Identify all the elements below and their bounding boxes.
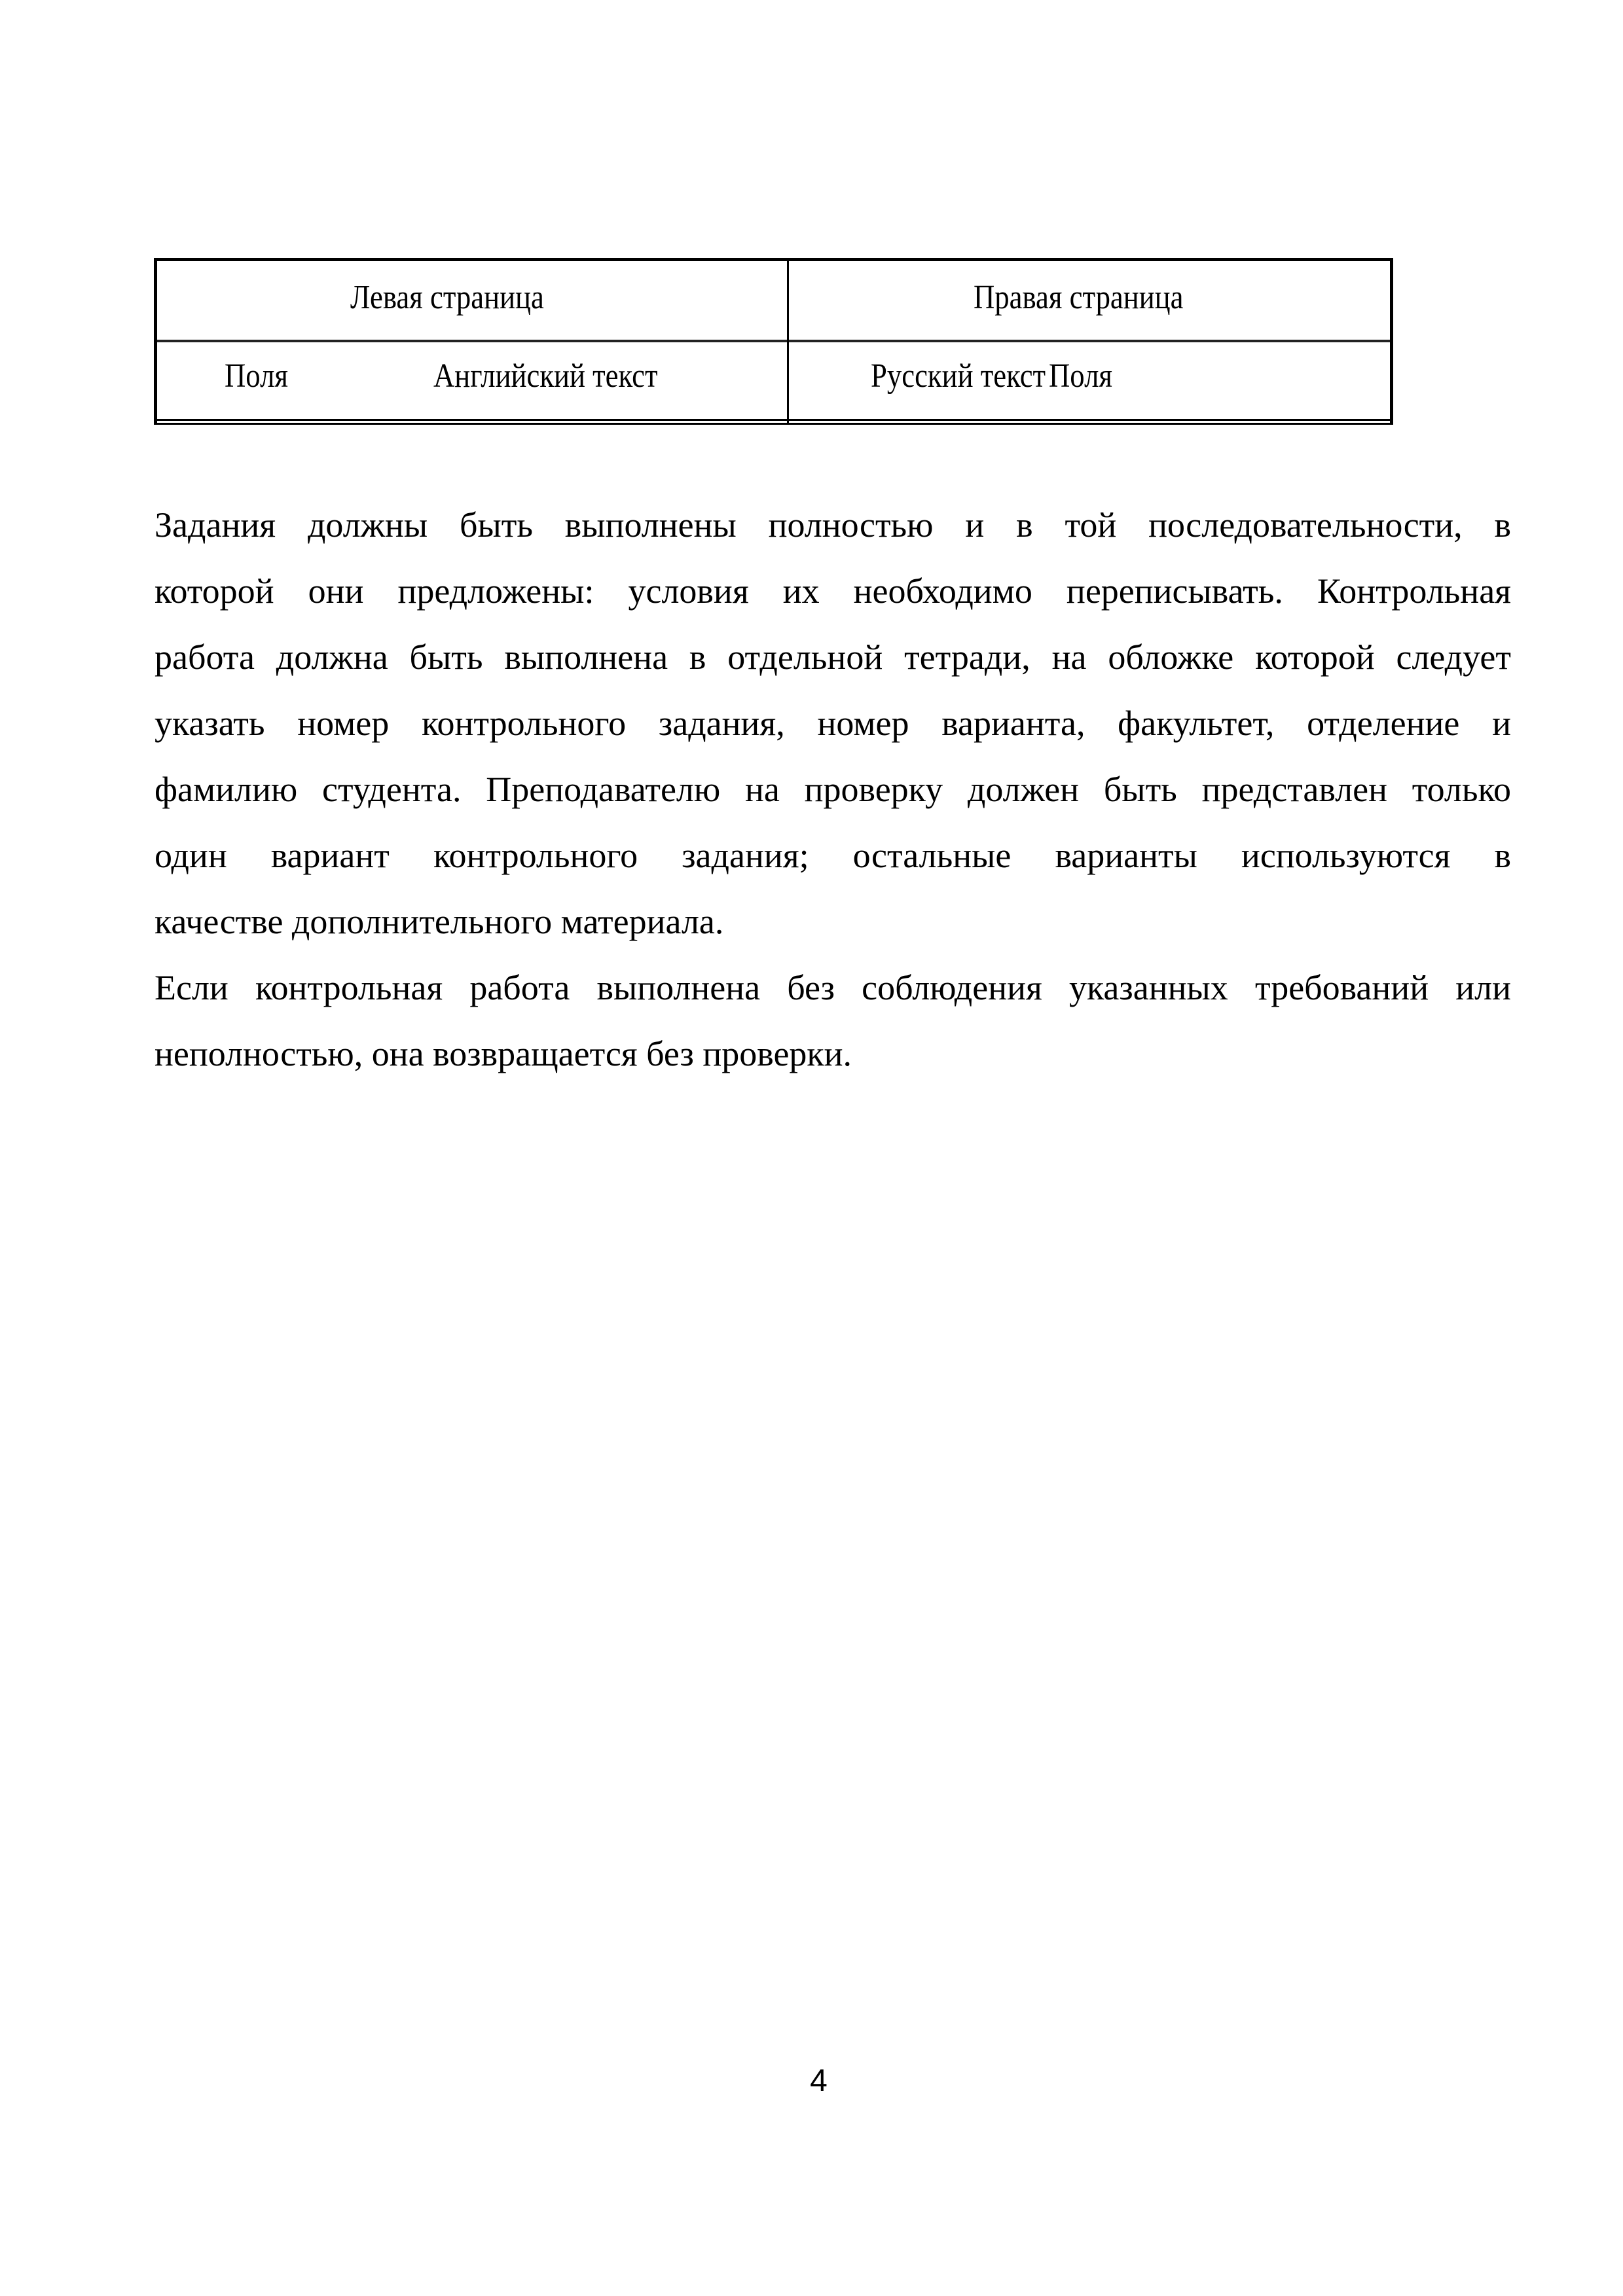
table-right-border (1390, 258, 1393, 425)
russian-text-label: Русский текст (871, 357, 1046, 396)
right-page-header-cell: Правая страница (789, 261, 1390, 342)
left-page-title: Левая страница (350, 278, 544, 317)
text-line: фамилию студента. Преподавателю на прове… (155, 757, 1511, 823)
page-layout-table: Левая страница Поля Английский текст Пра… (154, 258, 1393, 424)
paragraph-return-policy: Если контрольная работа выполнена без со… (155, 955, 1511, 1087)
text-line: которой они предложены: условия их необх… (155, 558, 1511, 624)
left-page-header-cell: Левая страница (157, 261, 787, 342)
right-page-title: Правая страница (974, 278, 1183, 317)
text-line: указать номер контрольного задания, номе… (155, 691, 1511, 757)
left-page-subheader-cell: Поля Английский текст (157, 342, 787, 422)
english-text-label: Английский текст (433, 357, 658, 396)
text-line: Задания должны быть выполнены полностью … (155, 492, 1511, 558)
right-page-column: Правая страница Русский текст Поля (789, 261, 1390, 424)
page-number: 4 (0, 2063, 1623, 2100)
table-left-border (154, 258, 157, 425)
left-margins-label: Поля (225, 357, 288, 396)
text-line: работа должна быть выполнена в отдельной… (155, 624, 1511, 691)
text-line: Если контрольная работа выполнена без со… (155, 955, 1511, 1021)
paragraph-requirements: Задания должны быть выполнены полностью … (155, 492, 1511, 955)
right-margins-label: Поля (1049, 357, 1112, 396)
table-bottom-double-border (154, 419, 1393, 425)
text-line: качестве дополнительного материала. (155, 889, 1511, 955)
left-page-column: Левая страница Поля Английский текст (157, 261, 789, 424)
text-line: один вариант контрольного задания; остал… (155, 823, 1511, 889)
right-page-subheader-cell: Русский текст Поля (789, 342, 1390, 422)
instructions-text: Задания должны быть выполнены полностью … (155, 492, 1511, 1087)
text-line: неполностью, она возвращается без провер… (155, 1021, 1511, 1087)
